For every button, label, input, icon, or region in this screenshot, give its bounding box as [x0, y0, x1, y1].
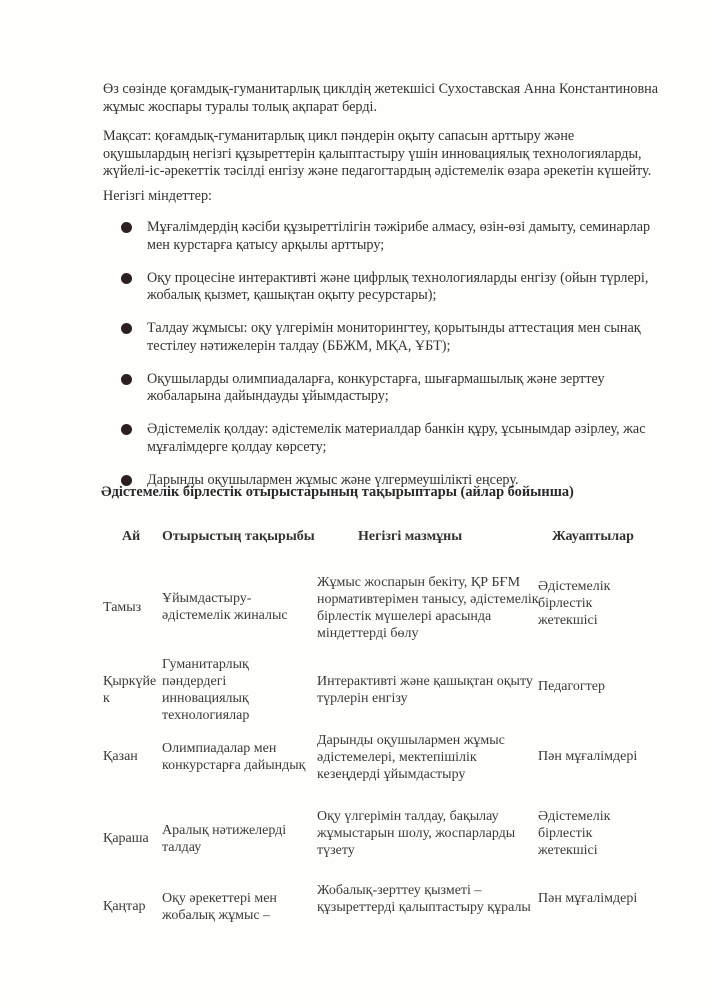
row-1-topic: Ұйымдастыру-әдістемелік жиналыс	[162, 590, 297, 624]
row-2-month: Қыркүйек	[103, 673, 157, 707]
sessions-table: Ай Отырыстың тақырыбы Негізгі мазмұны Жа…	[0, 0, 712, 1008]
scanned-document-page: Өз сөзінде қоғамдық-гуманитарлық циклдің…	[0, 0, 712, 1008]
row-1-month: Тамыз	[103, 599, 161, 616]
row-2-topic: Гуманитарлық пәндердегі инновациялық тех…	[162, 656, 262, 724]
row-3-topic: Олимпиадалар мен конкурстарға дайындық	[162, 740, 322, 774]
header-topic: Отырыстың тақырыбы	[162, 528, 332, 545]
header-content: Негізгі мазмұны	[358, 528, 583, 545]
row-4-responsible: Әдістемелік бірлестік жетекшісі	[538, 808, 633, 859]
header-responsible: Жауаптылар	[552, 528, 672, 545]
row-5-content: Жобалық-зерттеу қызметі – құзыреттерді қ…	[317, 882, 542, 916]
row-2-content: Интерактивті және қашықтан оқыту түрлері…	[317, 673, 542, 707]
row-2-responsible: Педагогтер	[538, 678, 658, 695]
row-4-topic: Аралық нәтижелерді талдау	[162, 822, 307, 856]
row-3-responsible: Пән мұғалімдері	[538, 748, 658, 765]
row-5-topic: Оқу әрекеттері мен жобалық жұмыс –	[162, 890, 307, 924]
row-4-content: Оқу үлгерімін талдау, бақылау жұмыстарын…	[317, 808, 532, 859]
row-3-month: Қазан	[103, 748, 161, 765]
row-4-month: Қараша	[103, 830, 161, 847]
row-5-responsible: Пән мұғалімдері	[538, 890, 658, 907]
row-1-content: Жұмыс жоспарын бекіту, ҚР БҒМ нормативте…	[317, 574, 545, 642]
row-5-month: Қаңтар	[103, 898, 161, 915]
row-1-responsible: Әдістемелік бірлестік жетекшісі	[538, 578, 633, 629]
row-3-content: Дарынды оқушылармен жұмыс әдістемелері, …	[317, 732, 517, 783]
